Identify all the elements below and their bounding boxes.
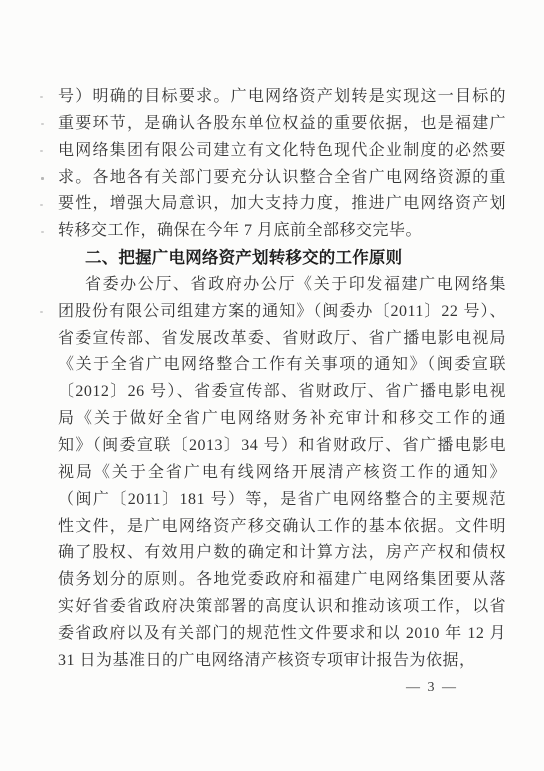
scan-speck <box>40 150 43 152</box>
text-line: 确了股权、有效用户数的确定和计算方法，房产产权和债权 <box>58 540 506 567</box>
text-line: 局《关于做好全省广电网络财务补充审计和移交工作的通 <box>58 406 506 433</box>
scan-speck <box>41 123 44 125</box>
scan-speck <box>41 177 44 180</box>
text-line: 《关于全省广电网络整合工作有关事项的通知》（闽委宣联 <box>58 352 506 379</box>
text-line: 求。各地各有关部门要充分认识整合全省广电网络资源的重 <box>58 165 506 192</box>
text-line: 债务划分的原则。各地党委政府和福建广电网络集团要从落 <box>58 567 506 594</box>
text-line: 性文件，是广电网络资产移交确认工作的基本依据。文件明 <box>58 514 506 541</box>
section-heading: 二、把握广电网络资产划转移交的工作原则 <box>58 245 506 272</box>
text-line: 电网络集团有限公司建立有文化特色现代企业制度的必然要 <box>58 138 506 165</box>
text-line: 省委宣传部、省发展改革委、省财政厅、省广播电影电视局 <box>58 326 506 353</box>
text-line: 省委办公厅、省政府办公厅《关于印发福建广电网络集 <box>58 272 506 299</box>
scan-speck <box>40 96 43 98</box>
text-line: 委省政府以及有关部门的规范性文件要求和以 2010 年 12 月 <box>58 621 506 648</box>
text-line: （闽广〔2011〕181 号）等，是省广电网络整合的主要规范 <box>58 487 506 514</box>
text-line: 视局《关于全省广电有线网络开展清产核资工作的通知》 <box>58 460 506 487</box>
text-line: 〔2012〕26 号）、省委宣传部、省财政厅、省广播电影电视 <box>58 379 506 406</box>
text-line: 知》（闽委宣联〔2013〕34 号）和省财政厅、省广播电影电 <box>58 433 506 460</box>
scan-speck <box>41 231 44 233</box>
text-line: 31 日为基准日的广电网络清产核资专项审计报告为依据， <box>58 648 506 675</box>
page-number: — 3 — <box>396 678 468 698</box>
document-page: 号）明确的目标要求。广电网络资产划转是实现这一目标的 重要环节，是确认各股东单位… <box>0 0 544 771</box>
text-line: 团股份有限公司组建方案的通知》（闽委办〔2011〕22 号）、 <box>58 299 506 326</box>
text-line: 转移交工作，确保在今年 7 月底前全部移交完毕。 <box>58 218 506 245</box>
scan-speck <box>40 311 43 313</box>
scan-speck <box>40 204 43 206</box>
text-line: 实好省委省政府决策部署的高度认识和推动该项工作，以省 <box>58 594 506 621</box>
text-line: 号）明确的目标要求。广电网络资产划转是实现这一目标的 <box>58 84 506 111</box>
text-line: 重要环节，是确认各股东单位权益的重要依据，也是福建广 <box>58 111 506 138</box>
document-body: 号）明确的目标要求。广电网络资产划转是实现这一目标的 重要环节，是确认各股东单位… <box>58 84 506 675</box>
text-line: 要性，增强大局意识，加大支持力度，推进广电网络资产划 <box>58 191 506 218</box>
